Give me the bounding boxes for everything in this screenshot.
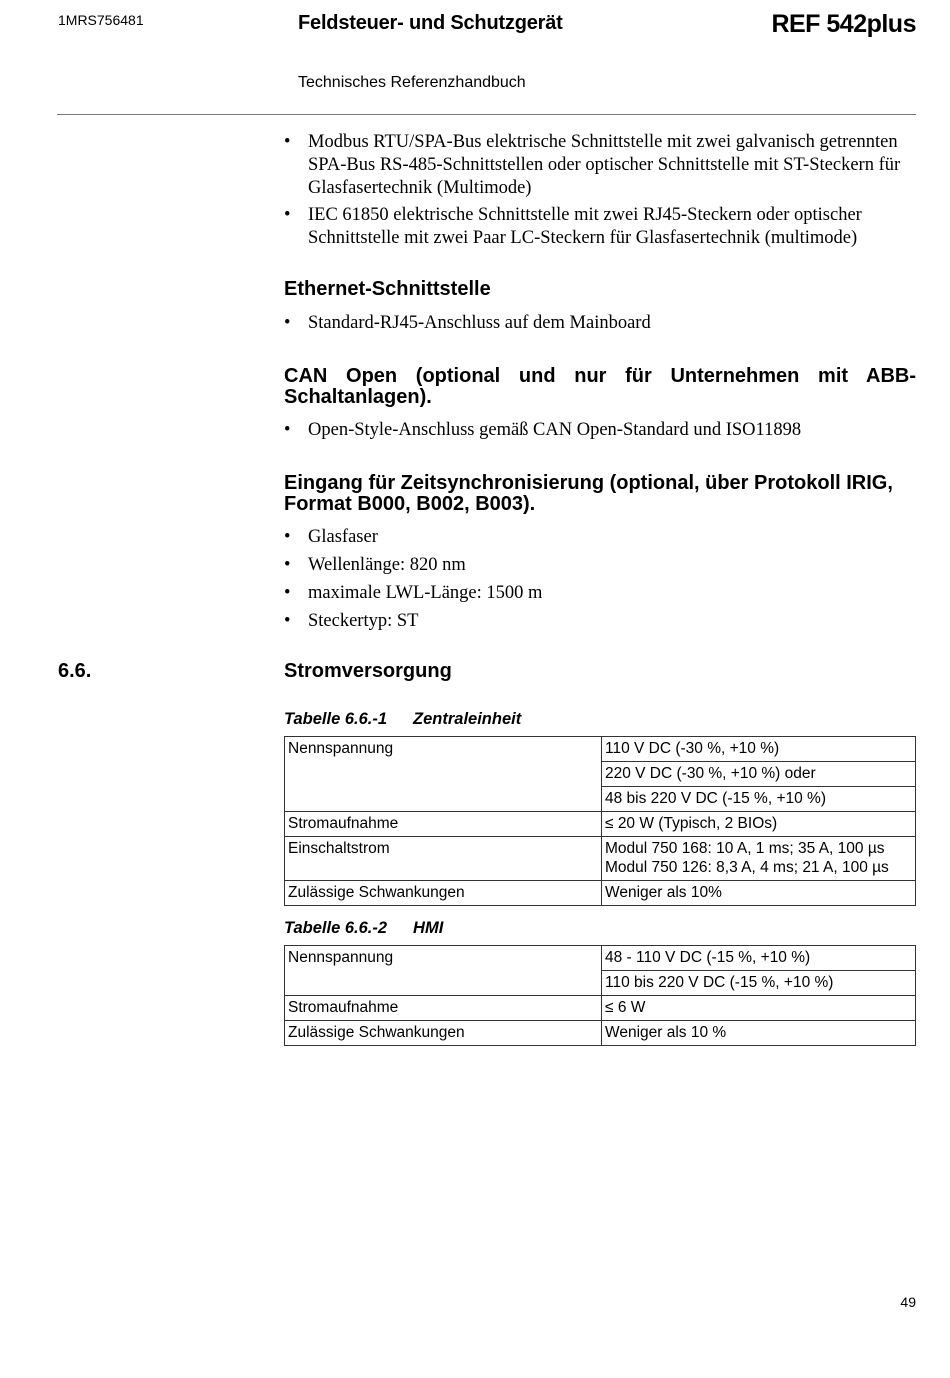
list-item: • maximale LWL-Länge: 1500 m [284,582,916,605]
bullet-icon: • [284,526,290,549]
table-row: Stromaufnahme ≤ 6 W [285,996,916,1021]
table-caption: Tabelle 6.6.-2HMI [284,919,916,938]
section-timesync: Eingang für Zeitsynchronisierung (option… [284,473,916,638]
table-caption-name: Zentraleinheit [413,710,521,728]
bullet-icon: • [284,131,290,154]
list-item: • Standard-RJ45-Anschluss auf dem Mainbo… [284,312,916,335]
table-row: Nennspannung 48 - 110 V DC (-15 %, +10 %… [285,946,916,971]
table-caption-number: Tabelle 6.6.-2 [284,919,387,937]
table-cell-value: Weniger als 10% [602,881,916,906]
document-subtitle: Technisches Referenzhandbuch [298,74,526,92]
table-cell-label: Zulässige Schwankungen [285,881,602,906]
bullet-icon: • [284,554,290,577]
bullet-icon: • [284,312,290,335]
table-zentraleinheit: Nennspannung 110 V DC (-30 %, +10 %) 220… [284,736,916,906]
section-heading: CAN Open (optional und nur für Unternehm… [284,366,916,408]
section-title: Stromversorgung [284,660,916,683]
list-item: • Steckertyp: ST [284,610,916,633]
table-cell-value: Modul 750 168: 10 A, 1 ms; 35 A, 100 µs … [602,837,916,881]
section-ethernet: Ethernet-Schnittstelle • Standard-RJ45-A… [284,279,916,335]
list-item: • Open-Style-Anschluss gemäß CAN Open-St… [284,419,916,442]
table-cell-label: Stromaufnahme [285,996,602,1021]
table-cell-label: Einschaltstrom [285,837,602,881]
list-item: • Modbus RTU/SPA-Bus elektrische Schnitt… [284,131,916,200]
table-caption-name: HMI [413,919,443,937]
section-heading: Ethernet-Schnittstelle [284,279,916,300]
list-item: • Wellenlänge: 820 nm [284,554,916,577]
section-number: 6.6. [58,660,91,683]
document-title: Feldsteuer- und Schutzgerät [298,12,563,35]
table-cell-label: Stromaufnahme [285,812,602,837]
table-cell-label: Zulässige Schwankungen [285,1021,602,1046]
table-cell-value: Weniger als 10 % [602,1021,916,1046]
section-canopen: CAN Open (optional und nur für Unternehm… [284,366,916,442]
bullet-icon: • [284,582,290,605]
table-row: Zulässige Schwankungen Weniger als 10% [285,881,916,906]
table-cell-value: 220 V DC (-30 %, +10 %) oder [602,762,916,787]
table-hmi: Nennspannung 48 - 110 V DC (-15 %, +10 %… [284,945,916,1046]
table-caption: Tabelle 6.6.-1Zentraleinheit [284,710,916,729]
list-item: • Glasfaser [284,526,916,549]
header-divider [57,114,916,115]
table-cell-value: ≤ 20 W (Typisch, 2 BIOs) [602,812,916,837]
product-name: REF 542plus [771,10,916,39]
table-cell-value: 48 - 110 V DC (-15 %, +10 %) [602,946,916,971]
table-row: Zulässige Schwankungen Weniger als 10 % [285,1021,916,1046]
page-number: 49 [900,1294,916,1310]
bullet-icon: • [284,610,290,633]
table-cell-value: ≤ 6 W [602,996,916,1021]
document-id: 1MRS756481 [58,12,144,28]
intro-bullet-list: • Modbus RTU/SPA-Bus elektrische Schnitt… [284,131,916,250]
table-row: Stromaufnahme ≤ 20 W (Typisch, 2 BIOs) [285,812,916,837]
bullet-icon: • [284,419,290,442]
table-cell-value: 48 bis 220 V DC (-15 %, +10 %) [602,787,916,812]
table-caption-number: Tabelle 6.6.-1 [284,710,387,728]
table-row: Einschaltstrom Modul 750 168: 10 A, 1 ms… [285,837,916,881]
table-cell-label: Nennspannung [285,946,602,996]
table-cell-value: 110 V DC (-30 %, +10 %) [602,737,916,762]
table-row: Nennspannung 110 V DC (-30 %, +10 %) [285,737,916,762]
section-heading: Eingang für Zeitsynchronisierung (option… [284,473,916,515]
list-item: • IEC 61850 elektrische Schnittstelle mi… [284,204,916,250]
bullet-icon: • [284,204,290,227]
table-cell-label: Nennspannung [285,737,602,812]
table-cell-value: 110 bis 220 V DC (-15 %, +10 %) [602,971,916,996]
